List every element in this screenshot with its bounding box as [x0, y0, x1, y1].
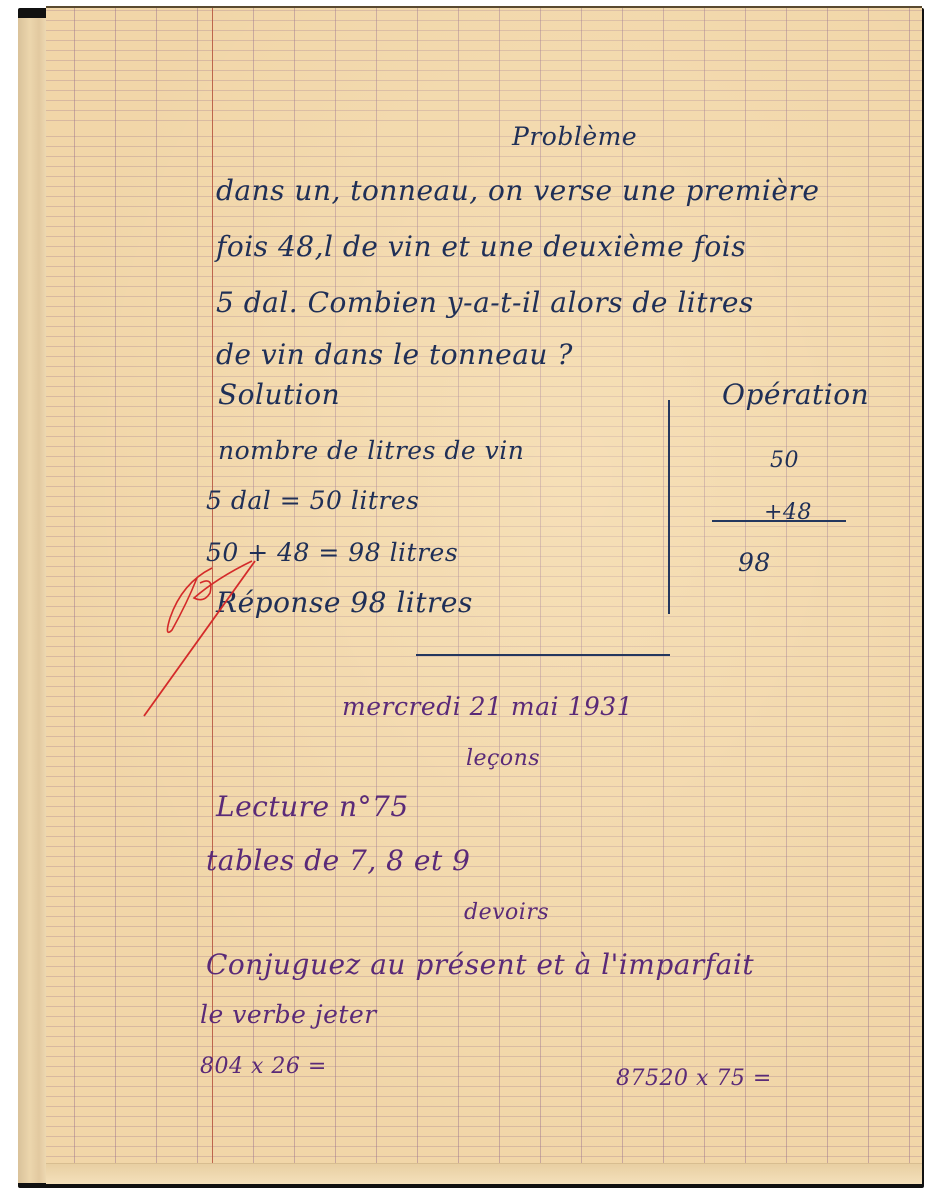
solution-line-2: 5 dal = 50 litres [206, 486, 419, 515]
solution-line-1: nombre de litres de vin [218, 436, 524, 465]
lessons-heading: leçons [466, 746, 540, 771]
problem-line-4: de vin dans le tonneau ? [216, 338, 573, 371]
solution-underline [416, 654, 670, 656]
operation-sum-line [712, 520, 846, 522]
teacher-check-mark-icon [142, 558, 262, 723]
problem-line-1: dans un, tonneau, on verse une première [216, 174, 819, 207]
page-stack-edge [18, 18, 49, 1183]
problem-line-2: fois 48,l de vin et une deuxième fois [216, 230, 746, 263]
notebook-page: Problème dans un, tonneau, on verse une … [46, 6, 922, 1184]
solution-heading: Solution [218, 378, 340, 411]
operation-divider [668, 400, 670, 614]
problem-title: Problème [512, 122, 637, 151]
lesson-item-2: tables de 7, 8 et 9 [206, 844, 470, 877]
homework-line-1: Conjuguez au présent et à l'imparfait [206, 948, 754, 981]
problem-line-3: 5 dal. Combien y-a-t-il alors de litres [216, 286, 754, 319]
operation-result: 98 [738, 548, 771, 577]
page-bottom-fold [46, 1163, 922, 1184]
homework-line-2: le verbe jeter [200, 1000, 377, 1029]
operation-heading: Opération [722, 378, 869, 411]
homework-heading: devoirs [464, 900, 549, 925]
lesson-date: mercredi 21 mai 1931 [342, 692, 633, 721]
lesson-item-1: Lecture n°75 [216, 790, 409, 823]
homework-exercise-1: 804 x 26 = [200, 1054, 327, 1079]
homework-exercise-2: 87520 x 75 = [616, 1066, 772, 1091]
operation-top: 50 [770, 448, 799, 473]
